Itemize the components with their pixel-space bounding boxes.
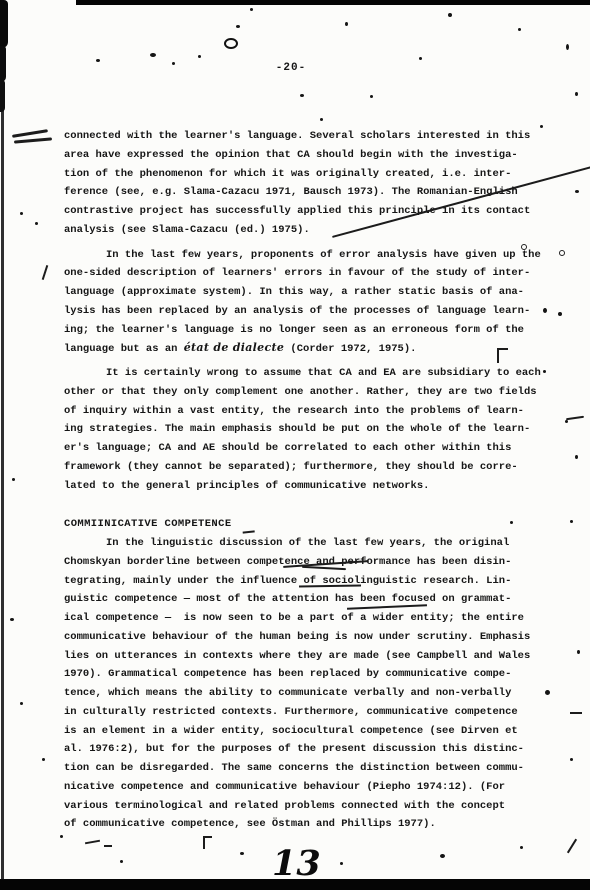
scan-speck [570, 520, 573, 523]
text-line: er's language; CA and AE should be corre… [64, 439, 554, 458]
scan-speck [20, 702, 23, 705]
text-line: tion of the phenomenon for which it was … [64, 165, 554, 184]
scan-speck [12, 478, 15, 481]
paragraph-3: It is certainly wrong to assume that CA … [64, 364, 554, 495]
scan-speck [570, 758, 573, 761]
text-line: framework (they cannot be separated); fu… [64, 458, 554, 477]
text-line: Chomskyan borderline between competence … [64, 553, 554, 572]
text-line: contrastive project has successfully app… [64, 202, 554, 221]
scan-speck [510, 521, 513, 524]
text-line: language (approximate system). In this w… [64, 283, 554, 302]
text-line: communicative behaviour of the human bei… [64, 628, 554, 647]
text-line: al. 1976:2), but for the purposes of the… [64, 740, 554, 759]
text-line: of communicative competence, see Östman … [64, 815, 554, 834]
scan-speck [35, 222, 38, 225]
scan-speck [20, 212, 23, 215]
text-segment: language but as an [64, 343, 184, 355]
text-line: It is certainly wrong to assume that CA … [64, 364, 554, 383]
text-line: tion can be disregarded. The same concer… [64, 759, 554, 778]
scan-speck [540, 125, 543, 128]
scan-speck [440, 854, 445, 858]
text-line: ing strategies. The main emphasis should… [64, 420, 554, 439]
paragraph-2: In the last few years, proponents of err… [64, 246, 554, 359]
pen-hook-mark [497, 348, 508, 363]
italic-phrase: état de dialecte [184, 341, 284, 354]
text-line: lies on utterances in contexts where the… [64, 647, 554, 666]
text-line: ing; the learner's language is no longer… [64, 321, 554, 340]
scan-speck [577, 650, 580, 654]
scan-speck [42, 758, 45, 761]
scan-border-left-blob [0, 80, 5, 112]
scan-speck [10, 618, 14, 621]
text-line: lysis has been replaced by an analysis o… [64, 302, 554, 321]
scan-border-left [1, 0, 4, 880]
pen-dash-mark [104, 845, 112, 847]
text-line: area have expressed the opinion that CA … [64, 146, 554, 165]
scan-speck [370, 95, 373, 98]
text-line: nicative competence and communicative be… [64, 778, 554, 797]
scan-speck [236, 25, 240, 28]
text-line: is an element in a wider entity, sociocu… [64, 722, 554, 741]
body-text-column: connected with the learner's language. S… [64, 127, 554, 834]
scan-speck [565, 420, 568, 423]
pen-hook-mark [243, 530, 256, 539]
paragraph-4: In the linguistic discussion of the last… [64, 534, 554, 834]
scan-speck [300, 94, 304, 97]
scan-ring-speck [559, 250, 565, 256]
text-line: guistic competence — most of the attenti… [64, 590, 554, 609]
text-line: tence, which means the ability to commun… [64, 684, 554, 703]
text-segment: (Corder 1972, 1975). [284, 343, 416, 355]
text-line: 1970). Grammatical competence has been r… [64, 665, 554, 684]
scan-speck [558, 312, 562, 316]
pen-dash-mark [566, 416, 584, 420]
margin-arrow-mark [14, 137, 52, 143]
scan-speck [198, 55, 201, 58]
scanned-document-page: -20- connected with the learner's langua… [0, 0, 590, 890]
scan-border-left-blob [0, 0, 8, 48]
scan-speck [419, 57, 422, 60]
text-line: In the last few years, proponents of err… [64, 246, 554, 265]
scan-speck [543, 370, 546, 373]
scan-speck [320, 118, 323, 121]
margin-slash-mark [42, 265, 49, 280]
scan-speck [575, 455, 578, 459]
text-line: ical competence — is now seen to be a pa… [64, 609, 554, 628]
text-line: of inquiry within a vast entity, the res… [64, 402, 554, 421]
scan-speck [575, 92, 578, 96]
text-line: other or that they only complement one a… [64, 383, 554, 402]
scan-speck [250, 8, 253, 11]
scan-speck [96, 59, 100, 62]
scan-speck [150, 53, 156, 57]
text-line: connected with the learner's language. S… [64, 127, 554, 146]
scan-speck [518, 28, 521, 31]
pen-dash-mark [570, 712, 582, 714]
scan-speck [60, 835, 63, 838]
margin-arrow-mark [12, 129, 48, 138]
pen-hook-mark [203, 836, 212, 849]
text-line-with-italic: language but as an état de dialecte (Cor… [64, 339, 554, 358]
text-line: one-sided description of learners' error… [64, 264, 554, 283]
scan-speck [520, 846, 523, 849]
scan-speck [543, 308, 547, 313]
scan-speck [566, 44, 569, 50]
scan-oval-mark [224, 38, 238, 49]
pen-dash-mark [85, 840, 100, 845]
scan-speck [120, 860, 123, 863]
paragraph-1: connected with the learner's language. S… [64, 127, 554, 240]
scan-speck [448, 13, 452, 17]
text-line: ference (see, e.g. Slama-Cazacu 1971, Ba… [64, 183, 554, 202]
pen-tick-mark [567, 839, 577, 854]
page-number-bottom: 13 [272, 846, 321, 881]
text-line: analysis (see Slama-Cazacu (ed.) 1975). [64, 221, 554, 240]
scan-speck [240, 852, 244, 855]
scan-border-top [76, 0, 590, 5]
scan-speck [345, 22, 348, 26]
scan-speck [340, 862, 343, 865]
text-line: In the linguistic discussion of the last… [64, 534, 554, 553]
text-line: in culturally restricted contexts. Furth… [64, 703, 554, 722]
scan-speck [172, 62, 175, 65]
scan-ring-speck [521, 244, 527, 250]
scan-speck [575, 190, 579, 193]
scan-speck [545, 690, 550, 695]
text-line: various terminological and related probl… [64, 797, 554, 816]
text-line: tegrating, mainly under the influence of… [64, 572, 554, 591]
section-heading: COMMIINICATIVE COMPETENCE [64, 515, 554, 534]
text-line: lated to the general principles of commu… [64, 477, 554, 496]
page-number-top: -20- [0, 62, 582, 74]
